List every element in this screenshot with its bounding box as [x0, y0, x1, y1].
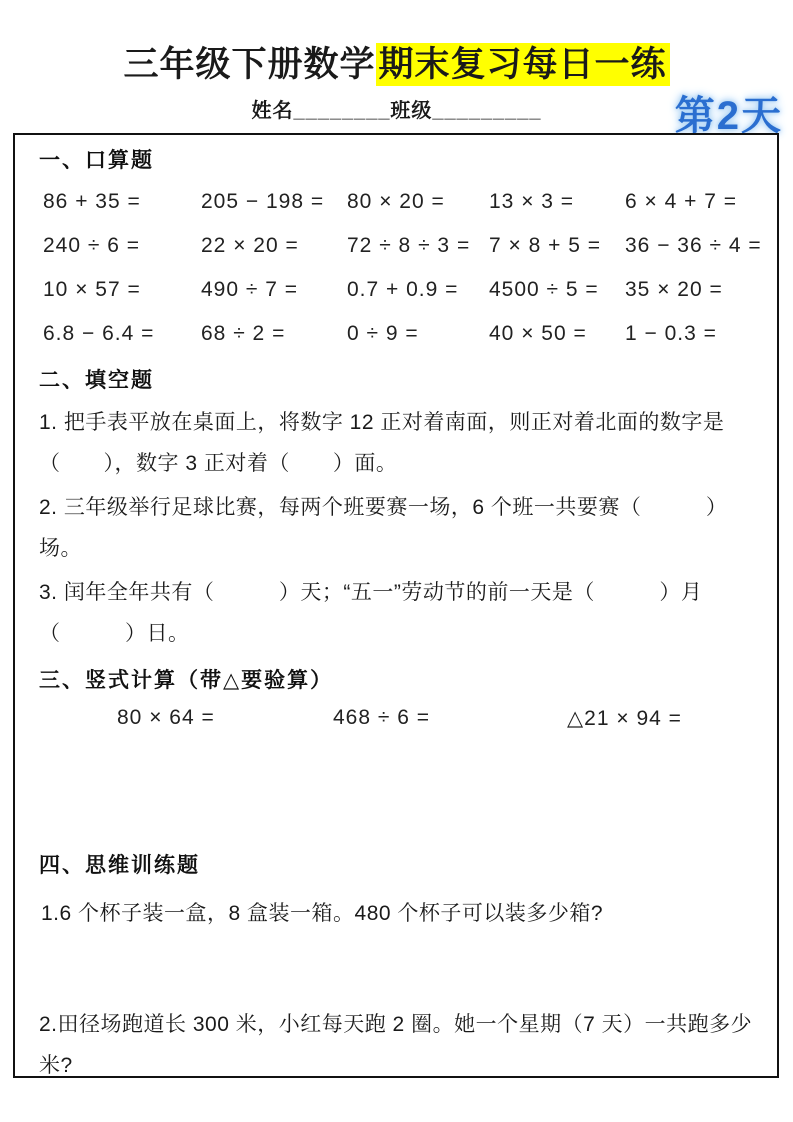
- oral-problem: 7 × 8 + 5 =: [489, 234, 625, 258]
- page-title: 三年级下册数学期末复习每日一练: [0, 42, 793, 88]
- oral-problem: 80 × 20 =: [347, 190, 489, 214]
- fill-section: 二、填空题 1. 把手表平放在桌面上，将数字 12 正对着南面，则正对着北面的数…: [39, 364, 763, 654]
- section-heading-thinking: 四、思维训练题: [39, 849, 763, 879]
- fill-question-1: 1. 把手表平放在桌面上，将数字 12 正对着南面，则正对着北面的数字是（ ），…: [39, 402, 763, 484]
- oral-problem: 35 × 20 =: [625, 278, 763, 302]
- section-heading-fill: 二、填空题: [39, 364, 763, 394]
- oral-problem: 72 ÷ 8 ÷ 3 =: [347, 234, 489, 258]
- vertical-problem: 80 × 64 =: [117, 706, 333, 731]
- vertical-workspace-blank: [39, 731, 763, 849]
- thinking-question-1: 1.6 个杯子装一盒，8 盒装一箱。480 个杯子可以装多少箱?: [41, 893, 763, 934]
- oral-problem: 6 × 4 + 7 =: [625, 190, 763, 214]
- vertical-problems-row: 80 × 64 = 468 ÷ 6 = △21 × 94 =: [39, 706, 763, 731]
- oral-problem: 36 − 36 ÷ 4 =: [625, 234, 763, 258]
- oral-problem: 205 − 198 =: [201, 190, 347, 214]
- section-heading-vertical: 三、竖式计算（带△要验算）: [39, 664, 763, 694]
- oral-problem: 240 ÷ 6 =: [43, 234, 201, 258]
- oral-problem: 4500 ÷ 5 =: [489, 278, 625, 302]
- oral-problem: 1 − 0.3 =: [625, 322, 763, 346]
- oral-problem: 490 ÷ 7 =: [201, 278, 347, 302]
- page-title-plain: 三年级下册数学: [123, 45, 375, 84]
- worksheet-border-box: 一、口算题 86 + 35 = 205 − 198 = 80 × 20 = 13…: [13, 133, 779, 1078]
- oral-problem: 68 ÷ 2 =: [201, 322, 347, 346]
- oral-problem: 0 ÷ 9 =: [347, 322, 489, 346]
- oral-problem: 13 × 3 =: [489, 190, 625, 214]
- fill-question-3: 3. 闰年全年共有（ ）天；“五一”劳动节的前一天是（ ）月（ ）日。: [39, 572, 763, 654]
- page-title-highlight: 期末复习每日一练: [376, 43, 670, 86]
- oral-problem: 10 × 57 =: [43, 278, 201, 302]
- thinking-section: 四、思维训练题 1.6 个杯子装一盒，8 盒装一箱。480 个杯子可以装多少箱?…: [39, 849, 763, 1086]
- oral-problem: 22 × 20 =: [201, 234, 347, 258]
- section-heading-oral: 一、口算题: [39, 144, 763, 174]
- oral-problem: 0.7 + 0.9 =: [347, 278, 489, 302]
- oral-problem: 6.8 − 6.4 =: [43, 322, 201, 346]
- thinking-question-2: 2.田径场跑道长 300 米，小红每天跑 2 圈。她一个星期（7 天）一共跑多少…: [39, 1004, 763, 1086]
- vertical-problem: 468 ÷ 6 =: [333, 706, 567, 731]
- vertical-calc-section: 三、竖式计算（带△要验算） 80 × 64 = 468 ÷ 6 = △21 × …: [39, 664, 763, 849]
- vertical-problem: △21 × 94 =: [567, 706, 763, 731]
- oral-problem: 86 + 35 =: [43, 190, 201, 214]
- fill-question-2: 2. 三年级举行足球比赛，每两个班要赛一场，6 个班一共要赛（ ）场。: [39, 487, 763, 569]
- oral-problems-grid: 86 + 35 = 205 − 198 = 80 × 20 = 13 × 3 =…: [43, 180, 763, 356]
- oral-problem: 40 × 50 =: [489, 322, 625, 346]
